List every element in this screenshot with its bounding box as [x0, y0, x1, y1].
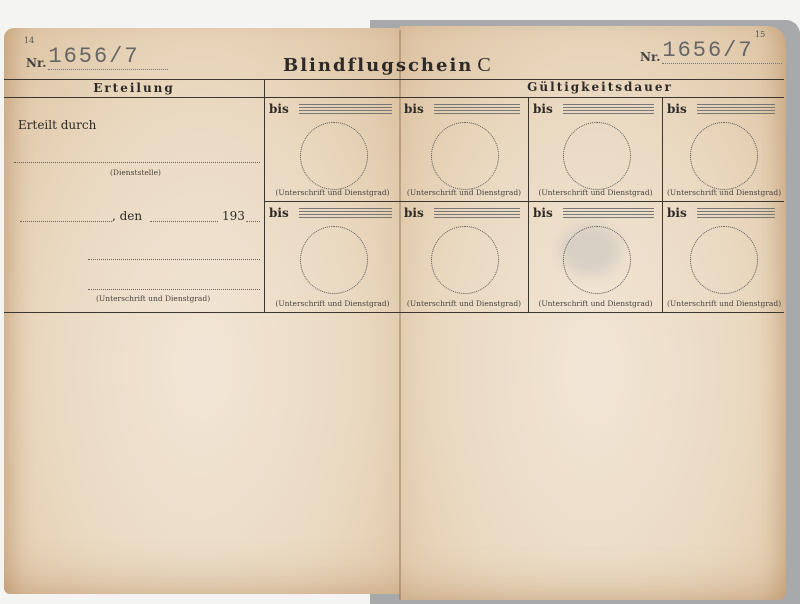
document-title: BlindflugscheinC — [283, 54, 493, 77]
validity-cell: bis (Unterschrift und Dienstgrad) — [663, 202, 783, 312]
date-write-lines — [299, 208, 392, 218]
validity-cell: bis (Unterschrift und Dienstgrad) — [529, 98, 662, 201]
validity-cell: bis (Unterschrift und Dienstgrad) — [663, 98, 783, 201]
stamp-circle — [690, 122, 758, 190]
date-write-lines — [299, 104, 392, 114]
validity-cell: bis (Unterschrift und Dienstgrad) — [400, 202, 528, 312]
until-label: bis — [667, 102, 687, 116]
signature-caption: (Unterschrift und Dienstgrad) — [667, 188, 783, 197]
office-caption: (Dienststelle) — [110, 168, 161, 177]
year-prefix: 193 — [222, 209, 245, 223]
signature-caption: (Unterschrift und Dienstgrad) — [667, 299, 783, 308]
date-write-lines — [434, 104, 520, 114]
issuer-signature-caption: (Unterschrift und Dienstgrad) — [96, 294, 210, 303]
year-line — [246, 221, 260, 222]
signature-caption: (Unterschrift und Dienstgrad) — [529, 299, 662, 308]
validity-cell: bis (Unterschrift und Dienstgrad) — [400, 98, 528, 201]
stamp-circle — [431, 122, 499, 190]
left-page-number: 14 — [24, 36, 34, 45]
until-label: bis — [269, 102, 289, 116]
nr-value: 1656/7 — [48, 46, 168, 70]
date-den-label: , den — [112, 209, 142, 223]
stamp-circle — [690, 226, 758, 294]
signature-caption: (Unterschrift und Dienstgrad) — [265, 188, 400, 197]
until-label: bis — [533, 206, 553, 220]
until-label: bis — [667, 206, 687, 220]
issued-by-label: Erteilt durch — [18, 118, 96, 132]
signature-line — [88, 289, 260, 290]
validity-cell: bis (Unterschrift und Dienstgrad) — [265, 202, 400, 312]
nr-label: Nr. — [640, 50, 660, 64]
date-write-lines — [697, 104, 775, 114]
date-write-lines — [697, 208, 775, 218]
table-bottom-rule — [4, 312, 784, 313]
date-line — [150, 221, 218, 222]
until-label: bis — [404, 102, 424, 116]
until-label: bis — [533, 102, 553, 116]
right-page-number: 15 — [755, 30, 765, 39]
title-text: Blindflugschein — [283, 55, 473, 76]
left-serial-number: Nr. 1656/7 — [26, 46, 168, 70]
validity-header: Gültigkeitsdauer — [400, 80, 800, 94]
stamp-circle — [431, 226, 499, 294]
date-write-lines — [434, 208, 520, 218]
right-serial-number: Nr. 1656/7 — [640, 40, 782, 64]
until-label: bis — [269, 206, 289, 220]
until-label: bis — [404, 206, 424, 220]
signature-line — [88, 259, 260, 260]
stamp-circle — [563, 226, 631, 294]
validity-cell: bis (Unterschrift und Dienstgrad) — [529, 202, 662, 312]
signature-caption: (Unterschrift und Dienstgrad) — [400, 299, 528, 308]
stamp-circle — [300, 122, 368, 190]
nr-label: Nr. — [26, 56, 46, 70]
nr-value: 1656/7 — [662, 40, 782, 64]
validity-cell: bis (Unterschrift und Dienstgrad) — [265, 98, 400, 201]
title-class: C — [477, 54, 492, 76]
signature-caption: (Unterschrift und Dienstgrad) — [529, 188, 662, 197]
stamp-circle — [300, 226, 368, 294]
date-write-lines — [563, 104, 654, 114]
stamp-circle — [563, 122, 631, 190]
date-write-lines — [563, 208, 654, 218]
place-line — [20, 221, 112, 222]
signature-caption: (Unterschrift und Dienstgrad) — [265, 299, 400, 308]
issuance-header: Erteilung — [4, 81, 264, 95]
office-line — [14, 162, 260, 163]
signature-caption: (Unterschrift und Dienstgrad) — [400, 188, 528, 197]
